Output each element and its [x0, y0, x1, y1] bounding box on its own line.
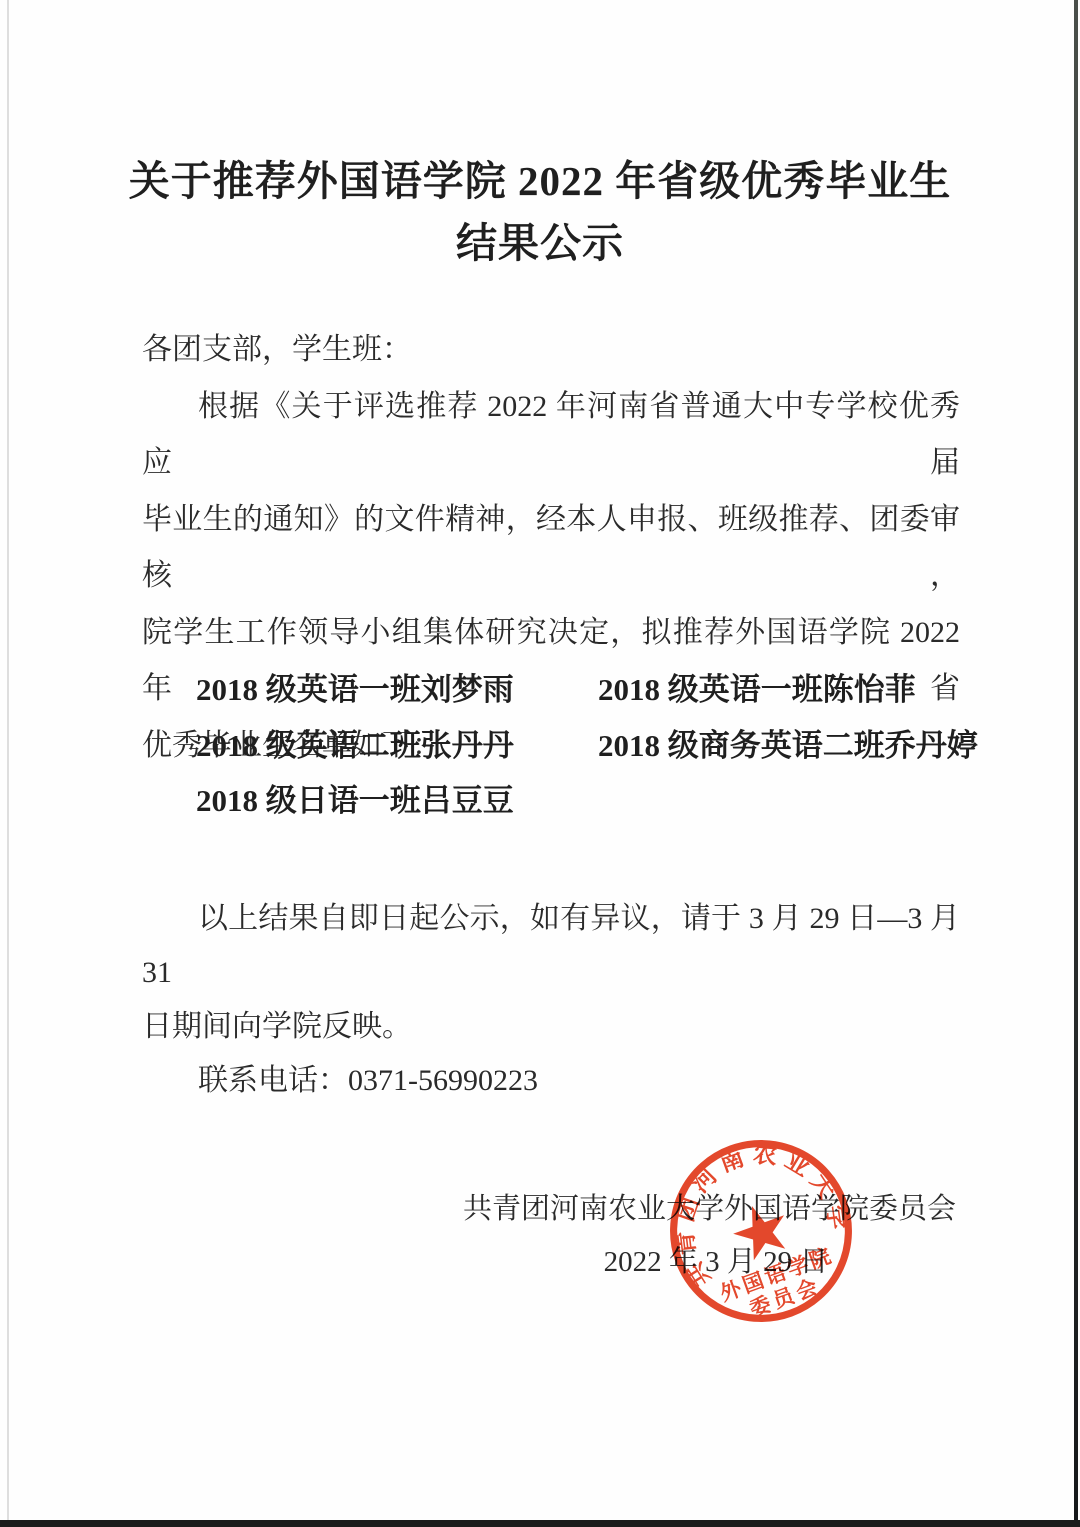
paragraph-line-1: 根据《关于评选推荐 2022 年河南省普通大中专学校优秀应届	[142, 379, 960, 492]
nominee-row: 2018 级英语一班刘梦雨 2018 级英语一班陈怡菲	[196, 662, 996, 718]
title-line-2: 结果公示	[80, 212, 1000, 274]
document-page: 关于推荐外国语学院 2022 年省级优秀毕业生 结果公示 各团支部，学生班： 根…	[0, 0, 1080, 1527]
paragraph-line-2: 毕业生的通知》的文件精神，经本人申报、班级推荐、团委审核，	[142, 492, 960, 605]
nominee-left: 2018 级英语二班张丹丹	[196, 728, 514, 763]
nominee-row: 2018 级日语一班吕豆豆	[196, 773, 996, 829]
nominee-right: 2018 级英语一班陈怡菲	[598, 662, 916, 718]
salutation: 各团支部，学生班：	[142, 322, 960, 379]
notice-line-1: 以上结果自即日起公示，如有异议，请于 3 月 29 日—3 月 31	[142, 892, 960, 1000]
nominee-right: 2018 级商务英语二班乔丹婷	[598, 718, 978, 774]
nominee-list: 2018 级英语一班刘梦雨 2018 级英语一班陈怡菲 2018 级英语二班张丹…	[196, 662, 996, 829]
nominee-left: 2018 级日语一班吕豆豆	[196, 783, 514, 818]
document-title: 关于推荐外国语学院 2022 年省级优秀毕业生 结果公示	[80, 150, 1000, 274]
notice-paragraph: 以上结果自即日起公示，如有异议，请于 3 月 29 日—3 月 31 日期间向学…	[142, 892, 960, 1108]
scan-edge-right	[1074, 0, 1078, 1527]
notice-line-2: 日期间向学院反映。	[142, 1000, 960, 1054]
contact-phone: 联系电话：0371-56990223	[142, 1054, 960, 1108]
scan-edge-bottom	[0, 1520, 1080, 1527]
scan-edge-left	[7, 0, 9, 1527]
title-line-1: 关于推荐外国语学院 2022 年省级优秀毕业生	[80, 150, 1000, 212]
nominee-row: 2018 级英语二班张丹丹 2018 级商务英语二班乔丹婷	[196, 718, 996, 774]
seal-star-icon	[726, 1197, 795, 1264]
official-seal: 共青团河南农业大学 外国语学院 委员会	[639, 1109, 883, 1353]
nominee-left: 2018 级英语一班刘梦雨	[196, 672, 514, 707]
